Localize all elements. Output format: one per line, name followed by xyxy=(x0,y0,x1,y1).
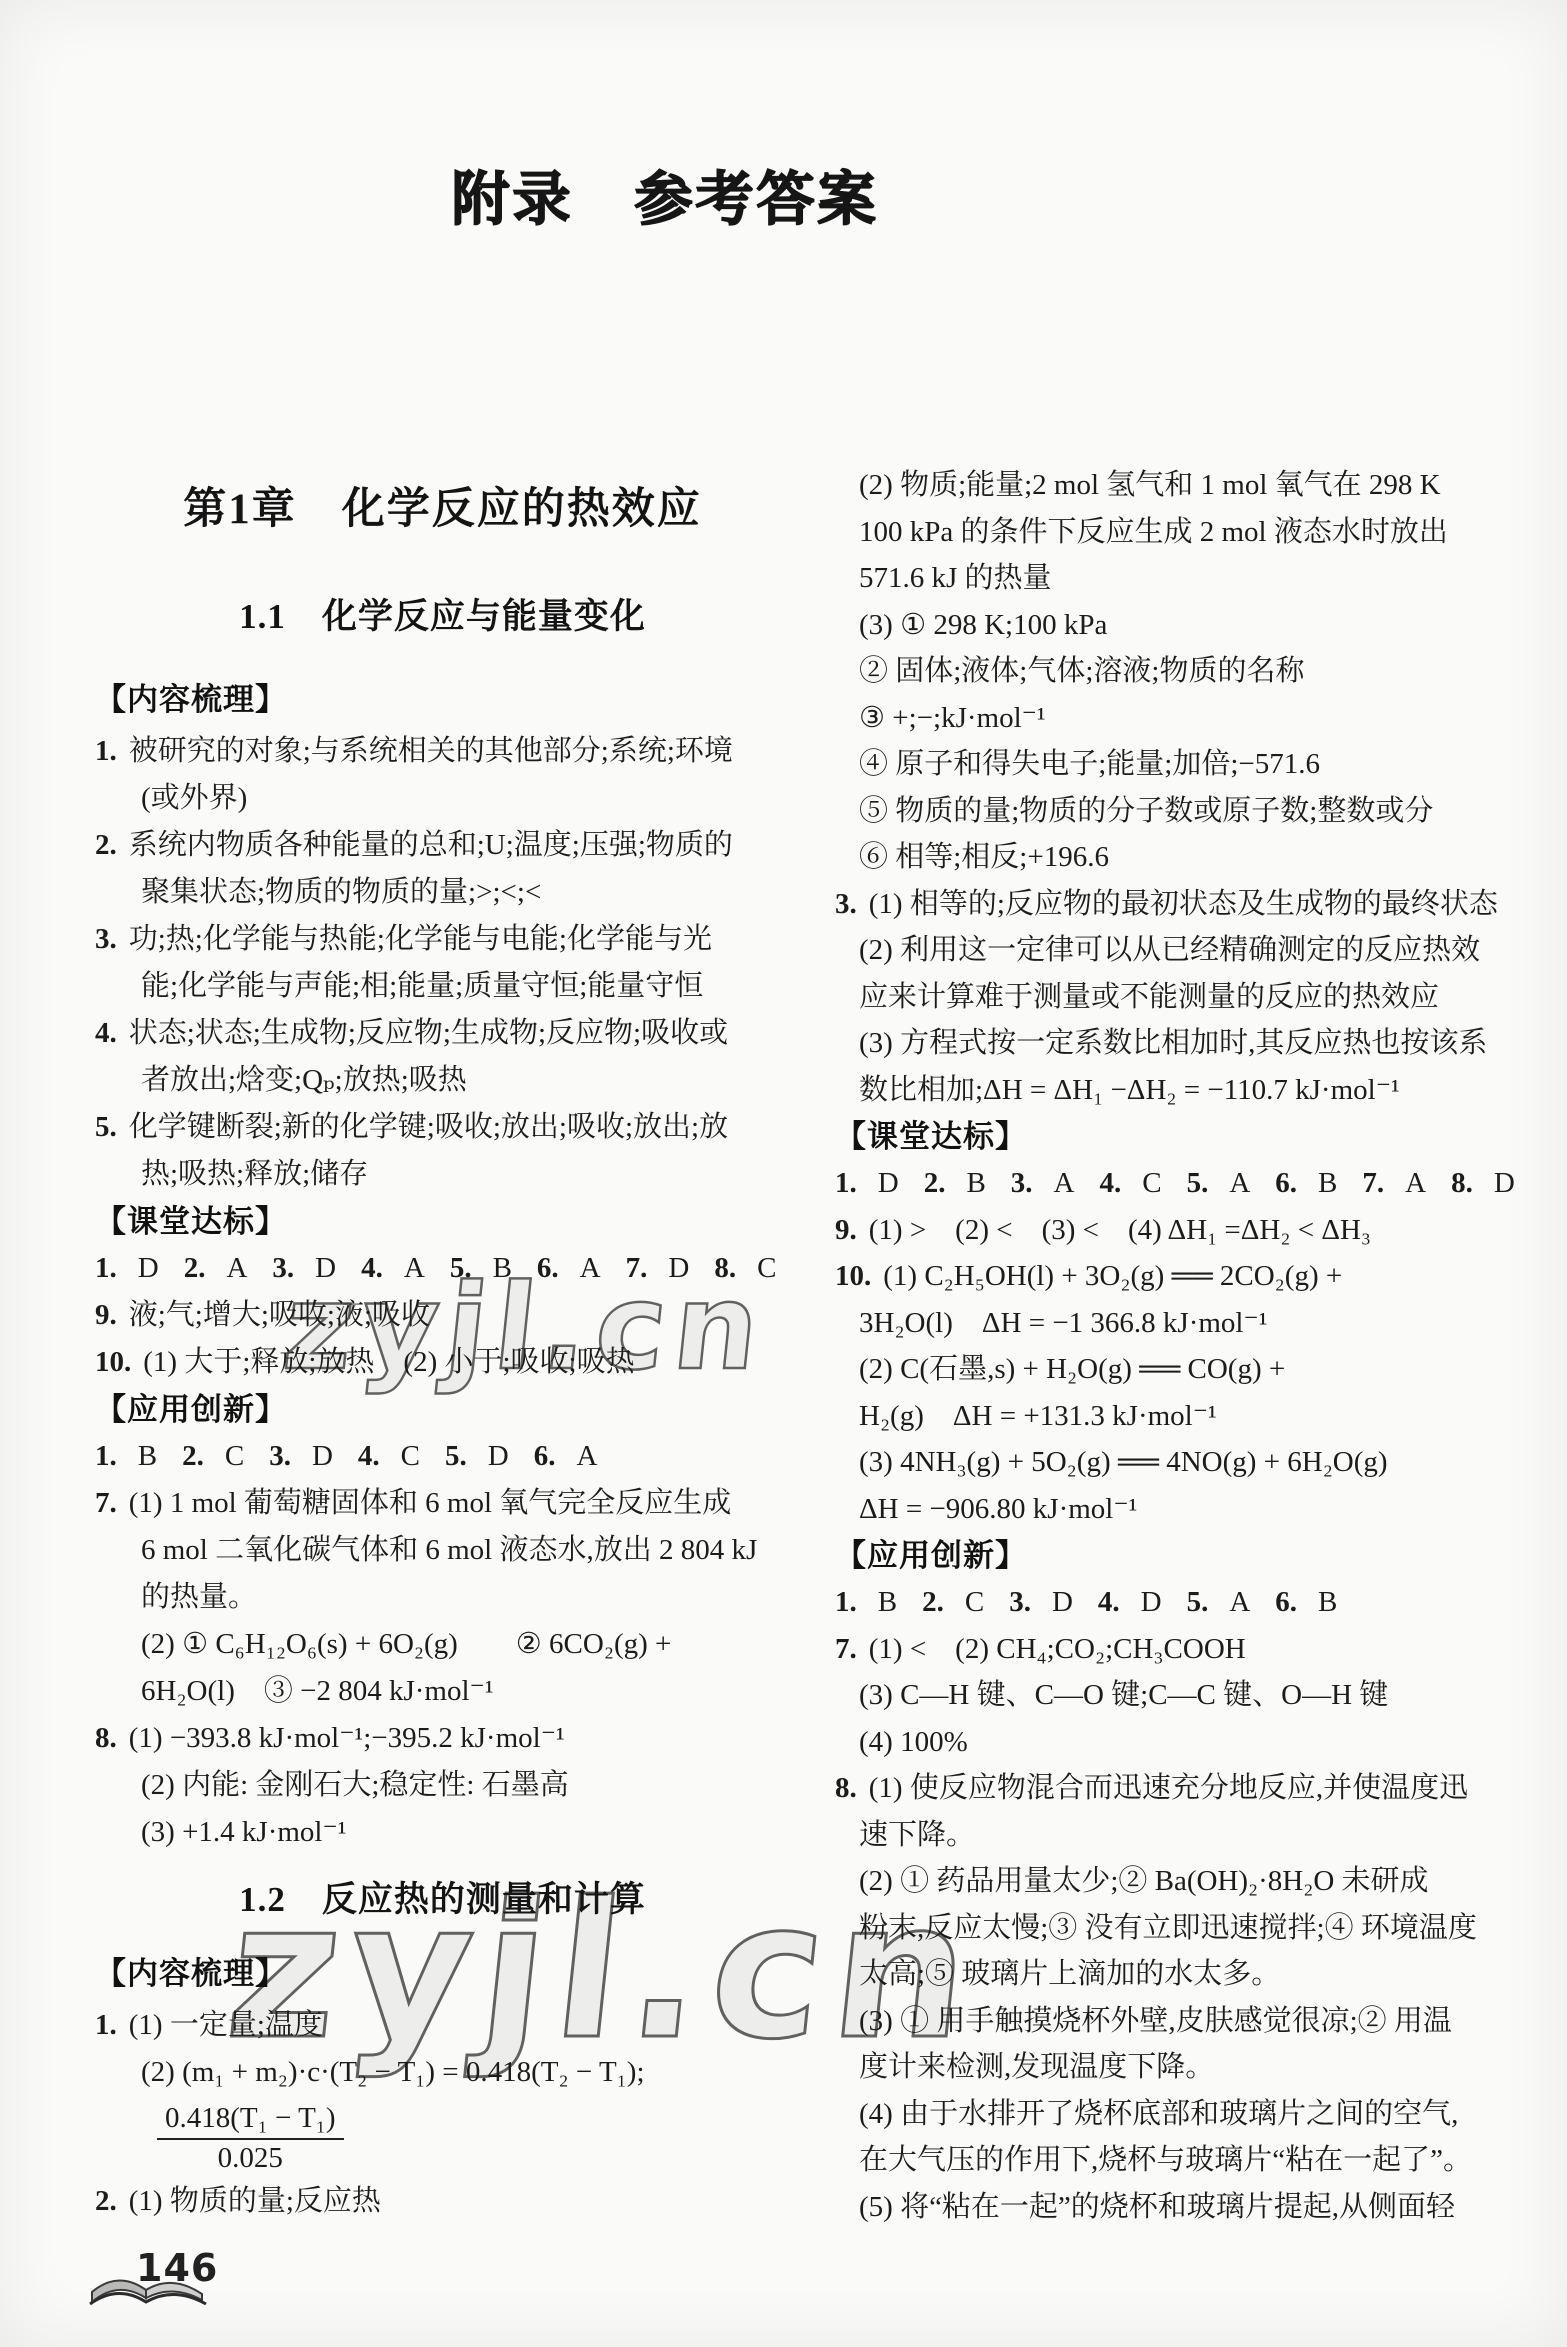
question-number: 2. xyxy=(182,1440,204,1472)
answer-line: (2) 利用这一定律可以从已经精确测定的反应热效 xyxy=(835,927,1530,974)
question-number: 2. xyxy=(184,1252,206,1284)
answer-letter: A xyxy=(580,1252,601,1284)
answer-line: 10.(1) C₂H₅OH(l) + 3O₂(g) ══ 2CO₂(g) + xyxy=(835,1253,1530,1300)
qa-pair: 3.D xyxy=(269,1433,333,1480)
item-number: 7. xyxy=(95,1487,117,1519)
answer-letter: C xyxy=(1142,1167,1161,1199)
answer-line: 1.(1) 一定量;温度 xyxy=(95,2002,790,2049)
answer-line: 8.(1) −393.8 kJ·mol⁻¹;−395.2 kJ·mol⁻¹ xyxy=(95,1715,790,1762)
item-number: 10. xyxy=(95,1346,131,1378)
section-heading-1-1: 1.1 化学反应与能量变化 xyxy=(95,594,790,640)
qa-pair: 3.D xyxy=(1009,1579,1073,1626)
answer-letter: D xyxy=(878,1167,899,1199)
answer-line: (3) C—H 键、C—O 键;C—C 键、O—H 键 xyxy=(835,1672,1530,1719)
question-number: 5. xyxy=(445,1440,467,1472)
answer-line: (2) ① 药品用量太少;② Ba(OH)₂·8H₂O 未研成 xyxy=(835,1858,1530,1905)
answer-letter: B xyxy=(138,1440,157,1472)
answer-text: (1) 1 mol 葡萄糖固体和 6 mol 氧气完全反应生成 xyxy=(129,1487,732,1519)
left-column: 第1章 化学反应的热效应 1.1 化学反应与能量变化 【内容梳理】 1.被研究的… xyxy=(95,470,790,2225)
answer-text: (1) 使反应物混合而迅速充分地反应,并使温度迅 xyxy=(869,1772,1468,1804)
answer-line: (4) 100% xyxy=(835,1719,1530,1766)
answer-text: 系统内物质各种能量的总和;U;温度;压强;物质的 xyxy=(129,829,733,861)
item-number: 2. xyxy=(95,829,117,861)
item-number: 10. xyxy=(835,1260,871,1292)
answer-line: H₂(g) ΔH = +131.3 kJ·mol⁻¹ xyxy=(835,1393,1530,1440)
answer-text: (1) 一定量;温度 xyxy=(129,2009,323,2041)
question-number: 3. xyxy=(1011,1167,1033,1199)
answer-line: 聚集状态;物质的物质的量;>;<;< xyxy=(95,869,790,916)
scanned-answer-page: zyjl.cn zyjl.cn 附录 参考答案 第1章 化学反应的热效应 1.1… xyxy=(0,0,1567,2347)
answer-text: 化学键断裂;新的化学键;吸收;放出;吸收;放出;放 xyxy=(129,1111,728,1143)
item-number: 2. xyxy=(95,2185,117,2217)
question-number: 7. xyxy=(626,1252,648,1284)
answer-letter: C xyxy=(757,1252,776,1284)
question-number: 2. xyxy=(924,1167,946,1199)
answer-line: (2) (m₁ + m₂)·c·(T₂ − T₁) = 0.418(T₂ − T… xyxy=(95,2049,790,2096)
answer-line: 6 mol 二氧化碳气体和 6 mol 液态水,放出 2 804 kJ xyxy=(95,1527,790,1574)
answer-text: (1) < (2) CH₄;CO₂;CH₃COOH xyxy=(869,1633,1246,1665)
answer-text: (1) 大于;释放;放热 (2) 小于;吸收;吸热 xyxy=(143,1346,634,1378)
question-number: 3. xyxy=(272,1252,294,1284)
content-review-header: 【内容梳理】 xyxy=(95,1954,790,1994)
qa-pair: 4.A xyxy=(361,1245,425,1292)
answer-text: 被研究的对象;与系统相关的其他部分;系统;环境 xyxy=(129,735,733,767)
right-column: (2) 物质;能量;2 mol 氢气和 1 mol 氧气在 298 K 100 … xyxy=(835,462,1530,2230)
answer-line: 者放出;焓变;Qₚ;放热;吸热 xyxy=(95,1057,790,1104)
question-number: 6. xyxy=(534,1440,556,1472)
answer-line: 2.系统内物质各种能量的总和;U;温度;压强;物质的 xyxy=(95,822,790,869)
answer-line: (3) ① 用手触摸烧杯外壁,皮肤感觉很凉;② 用温 xyxy=(835,1998,1530,2045)
item-number: 3. xyxy=(835,888,857,920)
page-number: 146 xyxy=(136,2246,218,2290)
answer-line: (3) ① 298 K;100 kPa xyxy=(835,602,1530,649)
qa-pair: 5.D xyxy=(445,1433,509,1480)
answer-line: 571.6 kJ 的热量 xyxy=(835,555,1530,602)
chapter-heading: 第1章 化学反应的热效应 xyxy=(95,484,790,536)
answer-line: (或外界) xyxy=(95,775,790,822)
answer-line: 3.功;热;化学能与热能;化学能与电能;化学能与光 xyxy=(95,916,790,963)
qa-pair: 6.A xyxy=(534,1433,598,1480)
item-number: 7. xyxy=(835,1633,857,1665)
answer-letter: C xyxy=(401,1440,420,1472)
choice-answers-row: 1.D 2.A 3.D 4.A 5.B 6.A 7.D 8.C xyxy=(95,1245,790,1292)
answer-letter: B xyxy=(966,1167,985,1199)
answer-letter: A xyxy=(1229,1167,1250,1199)
answer-line: 1.被研究的对象;与系统相关的其他部分;系统;环境 xyxy=(95,728,790,775)
answer-line: (3) 方程式按一定系数比相加时,其反应热也按该系 xyxy=(835,1020,1530,1067)
qa-pair: 1.B xyxy=(835,1579,897,1626)
qa-pair: 1.D xyxy=(95,1245,159,1292)
answer-letter: D xyxy=(315,1252,336,1284)
choice-answers-row: 1.B 2.C 3.D 4.D 5.A 6.B xyxy=(835,1579,1530,1626)
answer-letter: D xyxy=(1141,1586,1162,1618)
page-footer: 146 xyxy=(88,2238,348,2318)
qa-pair: 3.A xyxy=(1011,1160,1075,1207)
answer-line: 度计来检测,发现温度下降。 xyxy=(835,2044,1530,2091)
answer-text: 功;热;化学能与热能;化学能与电能;化学能与光 xyxy=(129,923,712,955)
question-number: 4. xyxy=(358,1440,380,1472)
answer-letter: B xyxy=(493,1252,512,1284)
answer-line: 的热量。 xyxy=(95,1574,790,1621)
answer-line: ④ 原子和得失电子;能量;加倍;−571.6 xyxy=(835,741,1530,788)
answer-letter: D xyxy=(312,1440,333,1472)
answer-text: 液;气;增大;吸收;液;吸收 xyxy=(129,1299,430,1331)
choice-answers-row: 1.D 2.B 3.A 4.C 5.A 6.B 7.A 8.D xyxy=(835,1160,1530,1207)
answer-line: 8.(1) 使反应物混合而迅速充分地反应,并使温度迅 xyxy=(835,1765,1530,1812)
question-number: 6. xyxy=(1275,1167,1297,1199)
qa-pair: 2.B xyxy=(924,1160,986,1207)
answer-text: (1) 物质的量;反应热 xyxy=(129,2185,381,2217)
answer-line: 5.化学键断裂;新的化学键;吸收;放出;吸收;放出;放 xyxy=(95,1104,790,1151)
qa-pair: 8.C xyxy=(714,1245,776,1292)
answer-line: 9.液;气;增大;吸收;液;吸收 xyxy=(95,1292,790,1339)
fraction: 0.418(T₁ − T₁) 0.025 xyxy=(157,2100,344,2176)
question-number: 3. xyxy=(1009,1586,1031,1618)
answer-line: ② 固体;液体;气体;溶液;物质的名称 xyxy=(835,648,1530,695)
item-number: 8. xyxy=(95,1722,117,1754)
item-number: 3. xyxy=(95,923,117,955)
qa-pair: 4.C xyxy=(358,1433,420,1480)
question-number: 1. xyxy=(835,1586,857,1618)
item-number: 4. xyxy=(95,1017,117,1049)
answer-line: (2) 内能: 金刚石大;稳定性: 石墨高 xyxy=(95,1762,790,1809)
qa-pair: 6.B xyxy=(1275,1579,1337,1626)
fraction-numerator: 0.418(T₁ − T₁) xyxy=(157,2100,344,2140)
answer-line: 4.状态;状态;生成物;反应物;生成物;反应物;吸收或 xyxy=(95,1010,790,1057)
question-number: 3. xyxy=(269,1440,291,1472)
qa-pair: 8.D xyxy=(1451,1160,1515,1207)
question-number: 6. xyxy=(1275,1586,1297,1618)
question-number: 5. xyxy=(1187,1586,1209,1618)
answer-letter: A xyxy=(404,1252,425,1284)
qa-pair: 1.D xyxy=(835,1160,899,1207)
answer-line: 7.(1) < (2) CH₄;CO₂;CH₃COOH xyxy=(835,1626,1530,1673)
answer-line: 6H₂O(l) ③ −2 804 kJ·mol⁻¹ xyxy=(95,1668,790,1715)
answer-line: (3) +1.4 kJ·mol⁻¹ xyxy=(95,1809,790,1856)
question-number: 8. xyxy=(1451,1167,1473,1199)
qa-pair: 1.B xyxy=(95,1433,157,1480)
answer-line: ⑥ 相等;相反;+196.6 xyxy=(835,834,1530,881)
answer-letter: C xyxy=(965,1586,984,1618)
qa-pair: 7.D xyxy=(626,1245,690,1292)
answer-text: (1) > (2) < (3) < (4) ΔH₁ =ΔH₂ < ΔH₃ xyxy=(869,1214,1371,1246)
answer-text: 状态;状态;生成物;反应物;生成物;反应物;吸收或 xyxy=(129,1017,728,1049)
answer-line: (4) 由于水排开了烧杯底部和玻璃片之间的空气, xyxy=(835,2091,1530,2138)
application-innovation-header: 【应用创新】 xyxy=(95,1386,790,1433)
answer-letter: D xyxy=(488,1440,509,1472)
item-number: 1. xyxy=(95,735,117,767)
application-innovation-header: 【应用创新】 xyxy=(835,1532,1530,1579)
answer-line: (2) C(石墨,s) + H₂O(g) ══ CO(g) + xyxy=(835,1346,1530,1393)
answer-line: 100 kPa 的条件下反应生成 2 mol 液态水时放出 xyxy=(835,509,1530,556)
fraction-expression: 0.418(T₁ − T₁) 0.025 xyxy=(95,2100,790,2176)
fraction-denominator: 0.025 xyxy=(157,2140,344,2176)
answer-text: (1) 相等的;反应物的最初状态及生成物的最终状态 xyxy=(869,888,1498,920)
answer-letter: D xyxy=(1494,1167,1515,1199)
qa-pair: 7.A xyxy=(1362,1160,1426,1207)
choice-answers-row: 1.B 2.C 3.D 4.C 5.D 6.A xyxy=(95,1433,790,1480)
answer-line: 数比相加;ΔH = ΔH₁ −ΔH₂ = −110.7 kJ·mol⁻¹ xyxy=(835,1067,1530,1114)
qa-pair: 2.C xyxy=(922,1579,984,1626)
qa-pair: 5.A xyxy=(1187,1579,1251,1626)
answer-line: (2) 物质;能量;2 mol 氢气和 1 mol 氧气在 298 K xyxy=(835,462,1530,509)
question-number: 1. xyxy=(95,1440,117,1472)
answer-letter: A xyxy=(1054,1167,1075,1199)
classroom-check-header: 【课堂达标】 xyxy=(835,1113,1530,1160)
answer-line: 太高;⑤ 玻璃片上滴加的水太多。 xyxy=(835,1951,1530,1998)
answer-line: ΔH = −906.80 kJ·mol⁻¹ xyxy=(835,1486,1530,1533)
answer-line: 应来计算难于测量或不能测量的反应的热效应 xyxy=(835,974,1530,1021)
answer-line: 能;化学能与声能;相;能量;质量守恒;能量守恒 xyxy=(95,963,790,1010)
answer-line: (2) ① C₆H₁₂O₆(s) + 6O₂(g) ② 6CO₂(g) + xyxy=(95,1621,790,1668)
question-number: 4. xyxy=(1098,1586,1120,1618)
question-number: 5. xyxy=(1187,1167,1209,1199)
answer-letter: A xyxy=(1229,1586,1250,1618)
item-number: 9. xyxy=(95,1299,117,1331)
question-number: 6. xyxy=(537,1252,559,1284)
qa-pair: 5.B xyxy=(450,1245,512,1292)
answer-letter: B xyxy=(878,1586,897,1618)
answer-letter: A xyxy=(1405,1167,1426,1199)
answer-line: ③ +;−;kJ·mol⁻¹ xyxy=(835,695,1530,742)
question-number: 1. xyxy=(835,1167,857,1199)
item-number: 5. xyxy=(95,1111,117,1143)
question-number: 4. xyxy=(361,1252,383,1284)
content-review-header: 【内容梳理】 xyxy=(95,680,790,720)
answer-line: 速下降。 xyxy=(835,1812,1530,1859)
question-number: 5. xyxy=(450,1252,472,1284)
answer-line: 粉末,反应太慢;③ 没有立即迅速搅拌;④ 环境温度 xyxy=(835,1905,1530,1952)
qa-pair: 2.C xyxy=(182,1433,244,1480)
answer-line: 10.(1) 大于;释放;放热 (2) 小于;吸收;吸热 xyxy=(95,1339,790,1386)
answer-line: (3) 4NH₃(g) + 5O₂(g) ══ 4NO(g) + 6H₂O(g) xyxy=(835,1439,1530,1486)
question-number: 7. xyxy=(1362,1167,1384,1199)
page-title: 附录 参考答案 xyxy=(0,152,1330,236)
answer-letter: D xyxy=(138,1252,159,1284)
answer-letter: A xyxy=(576,1440,597,1472)
answer-letter: A xyxy=(226,1252,247,1284)
qa-pair: 4.C xyxy=(1100,1160,1162,1207)
qa-pair: 5.A xyxy=(1187,1160,1251,1207)
answer-line: 3H₂O(l) ΔH = −1 366.8 kJ·mol⁻¹ xyxy=(835,1300,1530,1347)
answer-letter: B xyxy=(1318,1586,1337,1618)
item-number: 9. xyxy=(835,1214,857,1246)
section-heading-1-2: 1.2 反应热的测量和计算 xyxy=(95,1876,790,1924)
question-number: 1. xyxy=(95,1252,117,1284)
answer-line: 热;吸热;释放;储存 xyxy=(95,1151,790,1198)
answer-line: 在大气压的作用下,烧杯与玻璃片“粘在一起了”。 xyxy=(835,2137,1530,2184)
qa-pair: 4.D xyxy=(1098,1579,1162,1626)
answer-line: ⑤ 物质的量;物质的分子数或原子数;整数或分 xyxy=(835,788,1530,835)
answer-letter: D xyxy=(1052,1586,1073,1618)
answer-text: (1) C₂H₅OH(l) + 3O₂(g) ══ 2CO₂(g) + xyxy=(883,1260,1342,1292)
qa-pair: 2.A xyxy=(184,1245,248,1292)
qa-pair: 3.D xyxy=(272,1245,336,1292)
item-number: 8. xyxy=(835,1772,857,1804)
question-number: 8. xyxy=(714,1252,736,1284)
answer-letter: D xyxy=(668,1252,689,1284)
qa-pair: 6.A xyxy=(537,1245,601,1292)
answer-line: 7.(1) 1 mol 葡萄糖固体和 6 mol 氧气完全反应生成 xyxy=(95,1480,790,1527)
answer-text: (1) −393.8 kJ·mol⁻¹;−395.2 kJ·mol⁻¹ xyxy=(129,1722,565,1754)
answer-letter: B xyxy=(1318,1167,1337,1199)
answer-line: (5) 将“粘在一起”的烧杯和玻璃片提起,从侧面轻 xyxy=(835,2184,1530,2231)
answer-line: 3.(1) 相等的;反应物的最初状态及生成物的最终状态 xyxy=(835,881,1530,928)
answer-letter: C xyxy=(225,1440,244,1472)
qa-pair: 6.B xyxy=(1275,1160,1337,1207)
question-number: 4. xyxy=(1100,1167,1122,1199)
classroom-check-header: 【课堂达标】 xyxy=(95,1198,790,1245)
answer-line: 2.(1) 物质的量;反应热 xyxy=(95,2178,790,2225)
question-number: 2. xyxy=(922,1586,944,1618)
item-number: 1. xyxy=(95,2009,117,2041)
answer-line: 9.(1) > (2) < (3) < (4) ΔH₁ =ΔH₂ < ΔH₃ xyxy=(835,1207,1530,1254)
